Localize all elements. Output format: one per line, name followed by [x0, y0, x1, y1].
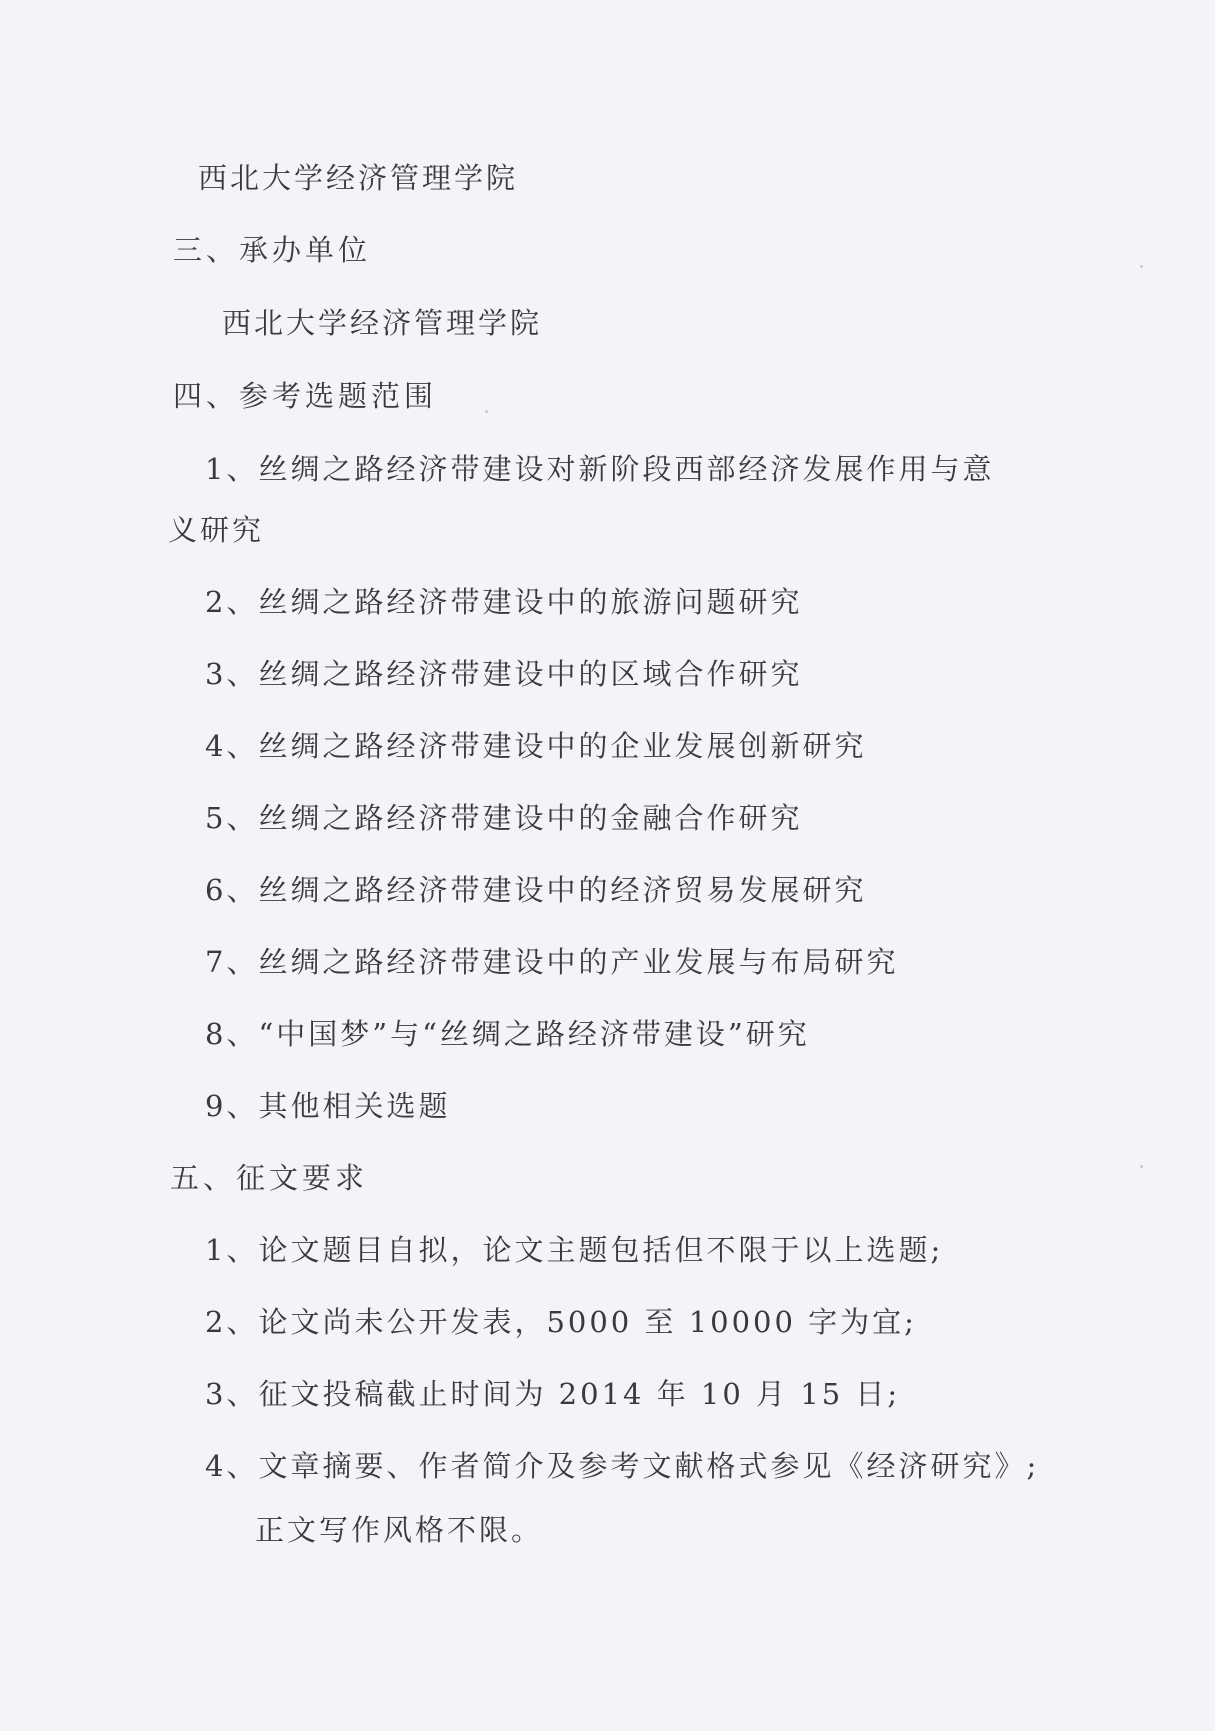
requirement-item-4: 4、文章摘要、作者简介及参考文献格式参见《经济研究》; [205, 1448, 1039, 1484]
scan-speck [1140, 1165, 1143, 1168]
topic-item-7: 7、丝绸之路经济带建设中的产业发展与布局研究 [205, 944, 898, 980]
topic-item-2: 2、丝绸之路经济带建设中的旅游问题研究 [205, 584, 802, 620]
topic-item-5: 5、丝绸之路经济带建设中的金融合作研究 [205, 800, 802, 836]
topic-item-4: 4、丝绸之路经济带建设中的企业发展创新研究 [205, 728, 866, 764]
scan-speck [1140, 265, 1143, 268]
topic-item-9: 9、其他相关选题 [205, 1088, 450, 1124]
section-3-content: 西北大学经济管理学院 [222, 305, 542, 341]
topic-item-8: 8、“中国梦”与“丝绸之路经济带建设”研究 [205, 1016, 810, 1052]
scan-speck [485, 410, 488, 413]
requirement-item-4-cont: 正文写作风格不限。 [255, 1512, 543, 1548]
section-3-heading: 三、承办单位 [173, 232, 371, 268]
topic-item-1-cont: 义研究 [168, 512, 264, 548]
topic-item-6: 6、丝绸之路经济带建设中的经济贸易发展研究 [205, 872, 866, 908]
requirement-item-3: 3、征文投稿截止时间为 2014 年 10 月 15 日; [205, 1376, 900, 1412]
requirement-item-2: 2、论文尚未公开发表，5000 至 10000 字为宜; [205, 1304, 917, 1340]
section-5-heading: 五、征文要求 [170, 1160, 368, 1196]
section-4-heading: 四、参考选题范围 [173, 378, 437, 414]
topic-item-3: 3、丝绸之路经济带建设中的区域合作研究 [205, 656, 802, 692]
requirement-item-1: 1、论文题目自拟，论文主题包括但不限于以上选题; [205, 1232, 943, 1268]
organizer-name: 西北大学经济管理学院 [198, 160, 518, 196]
topic-item-1: 1、丝绸之路经济带建设对新阶段西部经济发展作用与意 [205, 451, 994, 487]
